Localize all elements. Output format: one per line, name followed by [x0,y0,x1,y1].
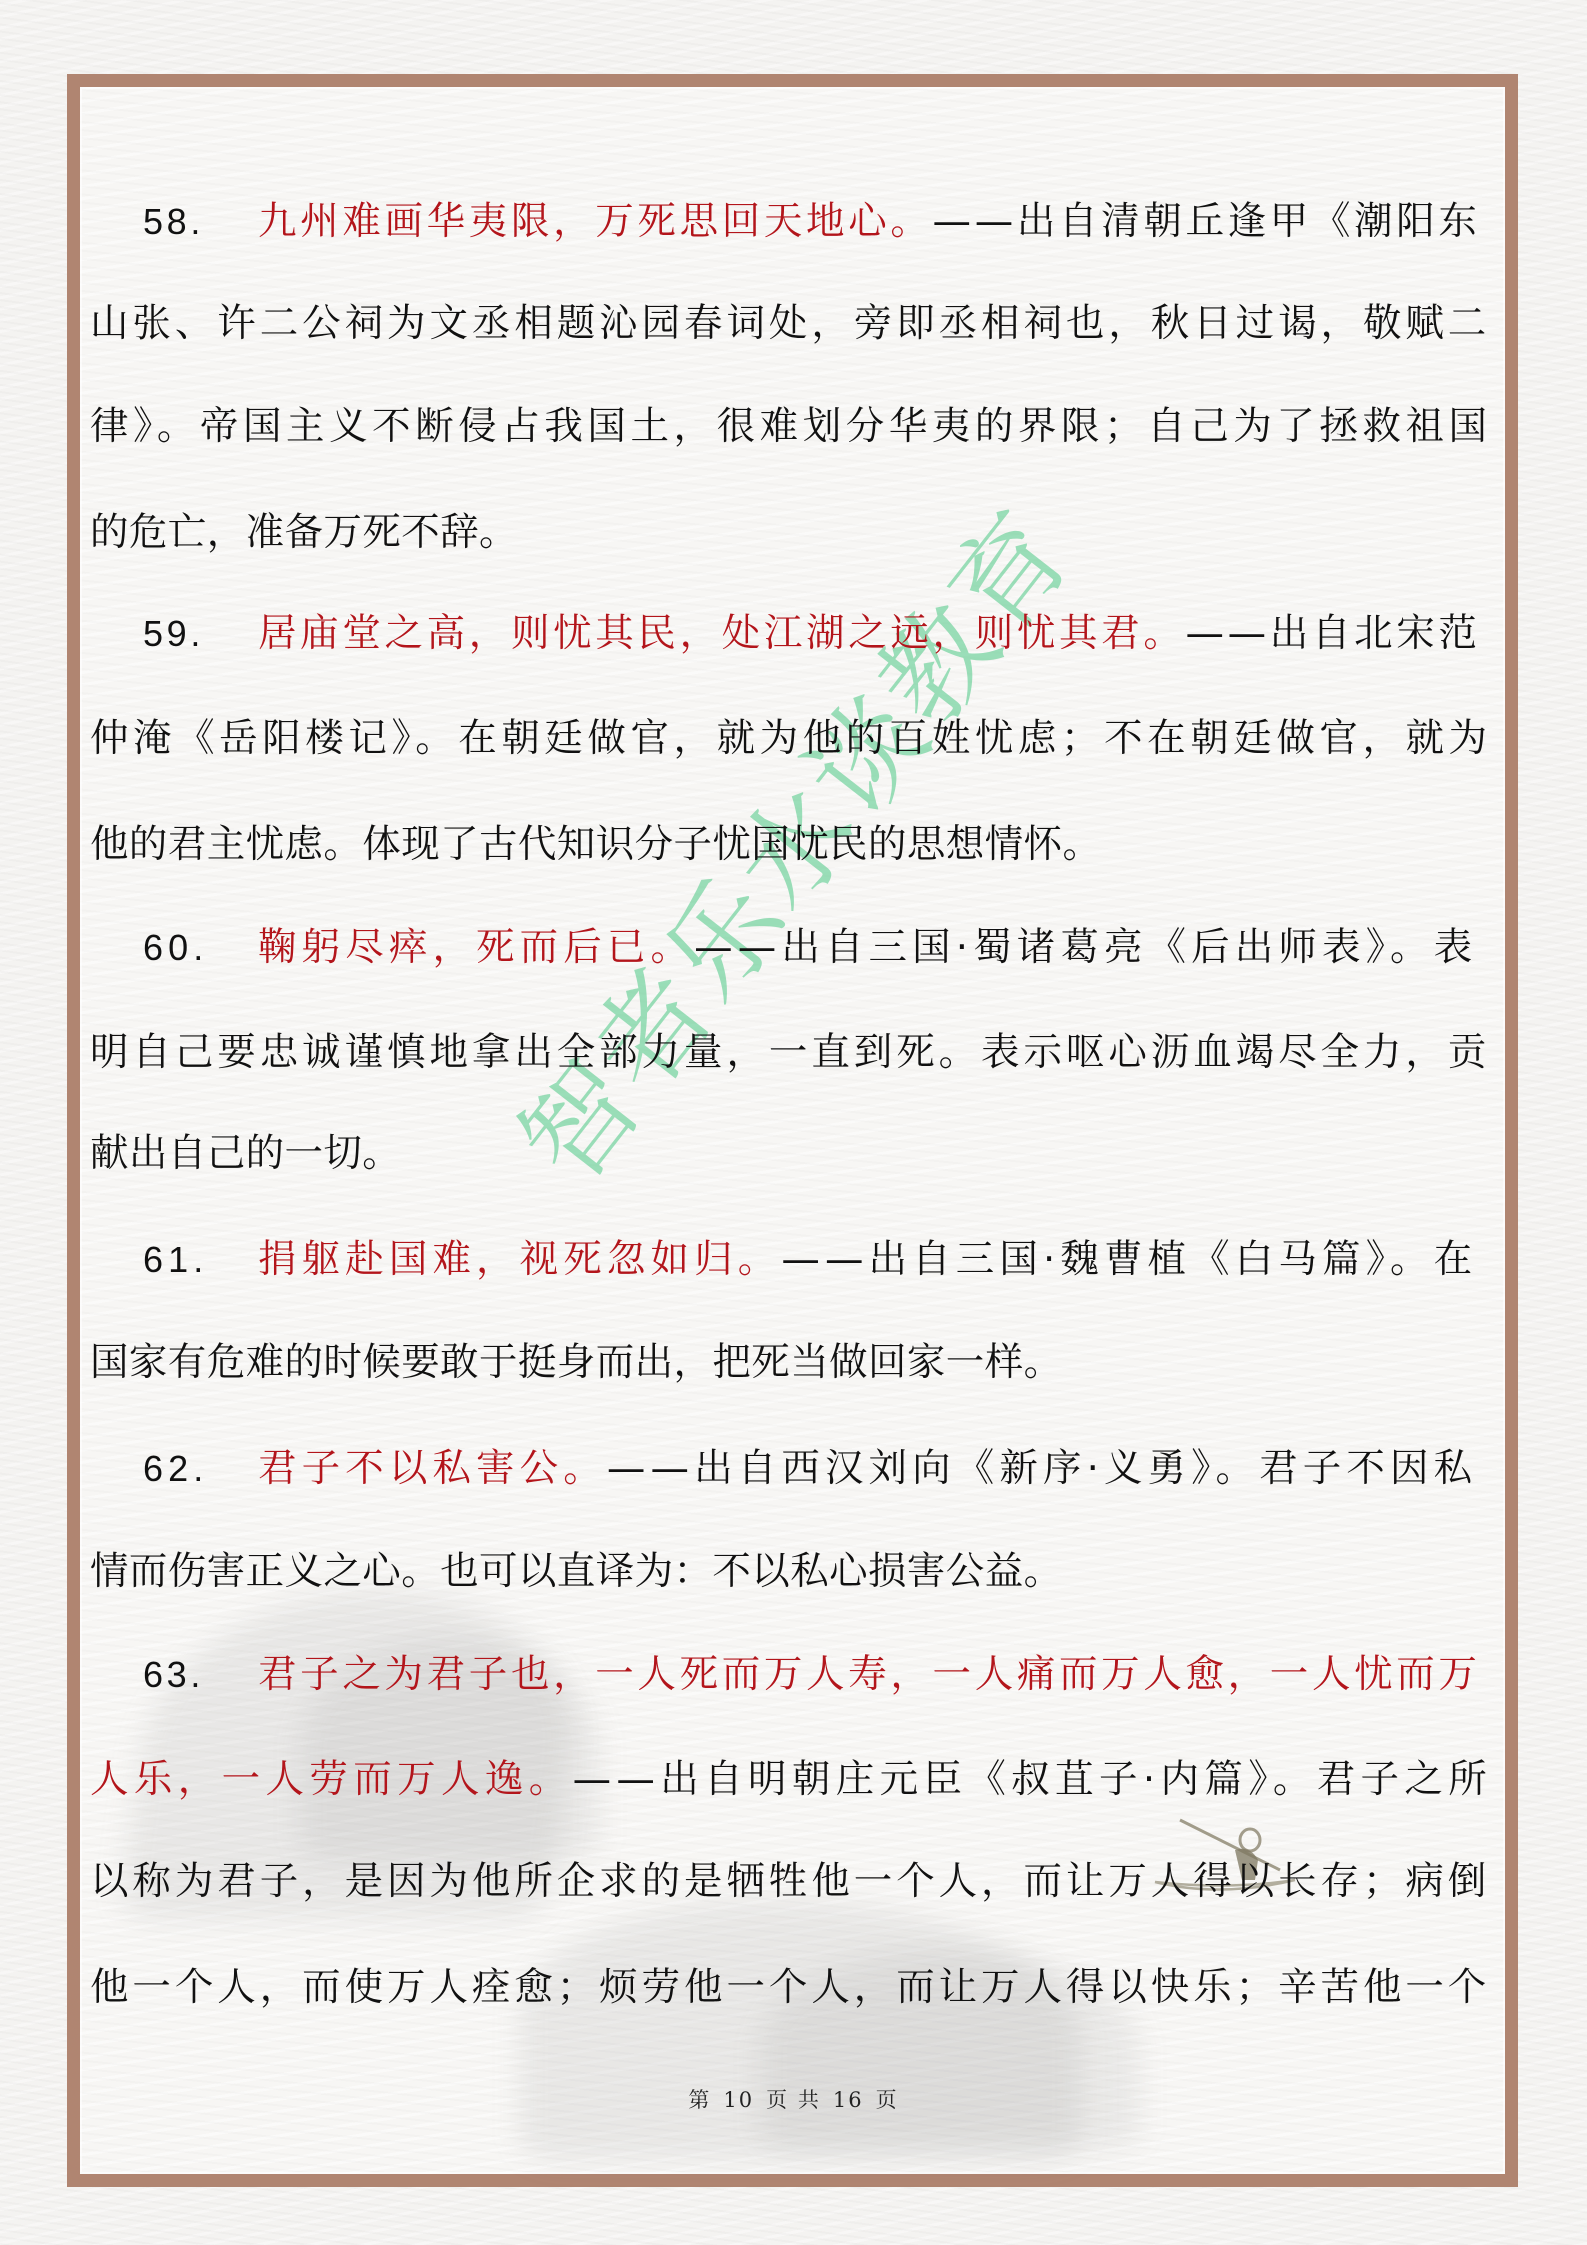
entry-number: 62. [143,1439,258,1499]
entry-number: 61. [143,1230,258,1290]
explanation-text: 他的君主忧虑。体现了古代知识分子忧国忧民的思想情怀。 [90,815,1101,875]
explanation-text: 山张、许二公祠为文丞相题沁园春词处，旁即丞相祠也，秋日过谒，敬赋二 [90,294,1490,354]
explanation-text: 律》。帝国主义不断侵占我国土，很难划分华夷的界限；自己为了拯救祖国 [90,397,1492,457]
entry-58-line-2: 山张、许二公祠为文丞相题沁园春词处，旁即丞相祠也，秋日过谒，敬赋二 [90,294,1487,354]
source-text: ——出自北宋范 [1185,611,1480,656]
entry-63-line-3: 以称为君子，是因为他所企求的是牺牲他一个人，而让万人得以长存；病倒 [90,1852,1487,1912]
entry-60-line-3: 献出自己的一切。 [90,1124,1487,1184]
footer-suffix: 页 [876,2088,899,2112]
explanation-text: 明自己要忠诚谨慎地拿出全部力量，一直到死。表示呕心沥血竭尽全力，贡 [90,1023,1490,1083]
entry-62-line-2: 情而伤害正义之心。也可以直译为：不以私心损害公益。 [90,1542,1487,1602]
source-text: ——出自西汉刘向《新序·义勇》。君子不因私 [607,1446,1477,1491]
entry-59-line-1: 59.居庙堂之高，则忧其民，处江湖之远，则忧其君。——出自北宋范 [143,604,1487,664]
quote-text: 人乐，一人劳而万人逸。 [90,1757,573,1802]
explanation-text: 的危亡，准备万死不辞。 [90,503,518,563]
entry-62-line-1: 62.君子不以私害公。——出自西汉刘向《新序·义勇》。君子不因私 [143,1439,1487,1499]
page-number-footer: 第10页 共16页 [0,2084,1587,2114]
entry-61-line-1: 61.捐躯赴国难，视死忽如归。——出自三国·魏曹植《白马篇》。在 [143,1230,1487,1290]
source-text: ——出自三国·蜀诸葛亮《后出师表》。表 [694,925,1477,970]
quote-text: 捐躯赴国难，视死忽如归。 [258,1237,781,1282]
quote-text: 君子不以私害公。 [258,1446,607,1491]
quote-text: 君子之为君子也，一人死而万人寿，一人痛而万人愈，一人忧而万 [258,1652,1481,1697]
source-text: ——出自三国·魏曹植《白马篇》。在 [781,1237,1477,1282]
explanation-text: 献出自己的一切。 [90,1124,401,1184]
entry-59-line-3: 他的君主忧虑。体现了古代知识分子忧国忧民的思想情怀。 [90,815,1487,875]
entry-number: 58. [143,192,258,252]
explanation-text: 情而伤害正义之心。也可以直译为：不以私心损害公益。 [90,1542,1063,1602]
source-text: ——出自明朝庄元臣《叔苴子·内篇》。君子之所 [573,1757,1493,1802]
current-page: 10 [723,2088,754,2112]
quote-text: 居庙堂之高，则忧其民，处江湖之远，则忧其君。 [258,611,1185,656]
entry-58-line-4: 的危亡，准备万死不辞。 [90,503,1487,563]
explanation-text: 国家有危难的时候要敢于挺身而出，把死当做回家一样。 [90,1333,1063,1393]
entry-number: 59. [143,604,258,664]
entry-number: 60. [143,918,258,978]
entry-59-line-2: 仲淹《岳阳楼记》。在朝廷做官，就为他的百姓忧虑；不在朝廷做官，就为 [90,709,1487,769]
entry-58-line-3: 律》。帝国主义不断侵占我国土，很难划分华夷的界限；自己为了拯救祖国 [90,397,1487,457]
entry-number: 63. [143,1645,258,1705]
total-pages: 16 [833,2088,864,2112]
explanation-text: 仲淹《岳阳楼记》。在朝廷做官，就为他的百姓忧虑；不在朝廷做官，就为 [90,709,1492,769]
entry-61-line-2: 国家有危难的时候要敢于挺身而出，把死当做回家一样。 [90,1333,1487,1393]
quote-text: 鞠躬尽瘁，死而后已。 [258,925,694,970]
entry-60-line-2: 明自己要忠诚谨慎地拿出全部力量，一直到死。表示呕心沥血竭尽全力，贡 [90,1023,1487,1083]
entry-63-line-4: 他一个人，而使万人痊愈；烦劳他一个人，而让万人得以快乐；辛苦他一个 [90,1958,1487,2018]
entry-63-line-2: 人乐，一人劳而万人逸。——出自明朝庄元臣《叔苴子·内篇》。君子之所 [90,1750,1487,1810]
entry-63-line-1: 63.君子之为君子也，一人死而万人寿，一人痛而万人愈，一人忧而万 [143,1645,1487,1705]
explanation-text: 以称为君子，是因为他所企求的是牺牲他一个人，而让万人得以长存；病倒 [90,1852,1490,1912]
quote-text: 九州难画华夷限，万死思回天地心。 [258,199,933,244]
footer-prefix: 第 [688,2088,711,2112]
entry-58-line-1: 58.九州难画华夷限，万死思回天地心。——出自清朝丘逢甲《潮阳东 [143,192,1487,252]
explanation-text: 他一个人，而使万人痊愈；烦劳他一个人，而让万人得以快乐；辛苦他一个 [90,1958,1490,2018]
source-text: ——出自清朝丘逢甲《潮阳东 [933,199,1481,244]
footer-mid: 页 共 [766,2088,821,2112]
entry-60-line-1: 60.鞠躬尽瘁，死而后已。——出自三国·蜀诸葛亮《后出师表》。表 [143,918,1487,978]
